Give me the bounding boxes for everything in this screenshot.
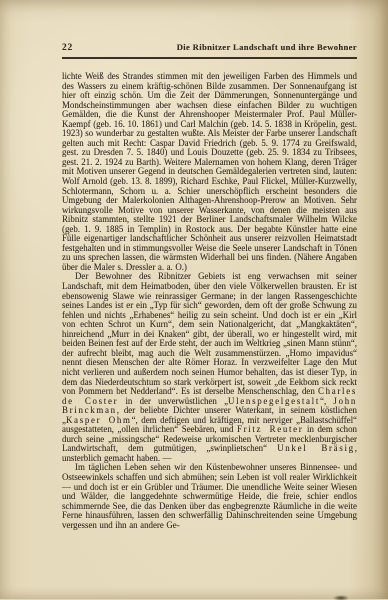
paragraph: Der Bewohner des Ribnitzer Gebiets ist e…	[62, 272, 357, 463]
scan-smudge	[330, 590, 352, 599]
paragraph-text: “,	[320, 396, 333, 406]
letterspaced-name: Unkel Bräsig	[277, 443, 355, 453]
page-content: 22 Die Ribnitzer Landschaft und ihre Bew…	[62, 42, 357, 530]
letterspaced-name: Kasper Ohm	[66, 415, 132, 425]
paragraph-text: Der Bewohner des Ribnitzer Gebiets ist e…	[62, 271, 357, 396]
paragraph-text: lichte Weiß des Strandes stimmen mit den…	[62, 71, 357, 272]
letterspaced-name: Ulenspegelgestalt	[228, 396, 320, 406]
paragraph: lichte Weiß des Strandes stimmen mit den…	[62, 72, 357, 272]
paragraph: Im täglichen Leben sehen wir den Küstenb…	[62, 463, 357, 530]
letterspaced-name: Fritz Reuter	[237, 424, 304, 434]
body-text: lichte Weiß des Strandes stimmen mit den…	[62, 72, 357, 530]
page-number: 22	[62, 43, 73, 53]
book-page: 22 Die Ribnitzer Landschaft und ihre Bew…	[0, 0, 388, 599]
running-title: Die Ribnitzer Landschaft und ihre Bewohn…	[177, 42, 357, 52]
paragraph-text: in der unverwüstlichen „	[118, 396, 228, 406]
paragraph-text: Im täglichen Leben sehen wir den Küstenb…	[62, 462, 357, 529]
page-header: 22 Die Ribnitzer Landschaft und ihre Bew…	[62, 42, 357, 59]
